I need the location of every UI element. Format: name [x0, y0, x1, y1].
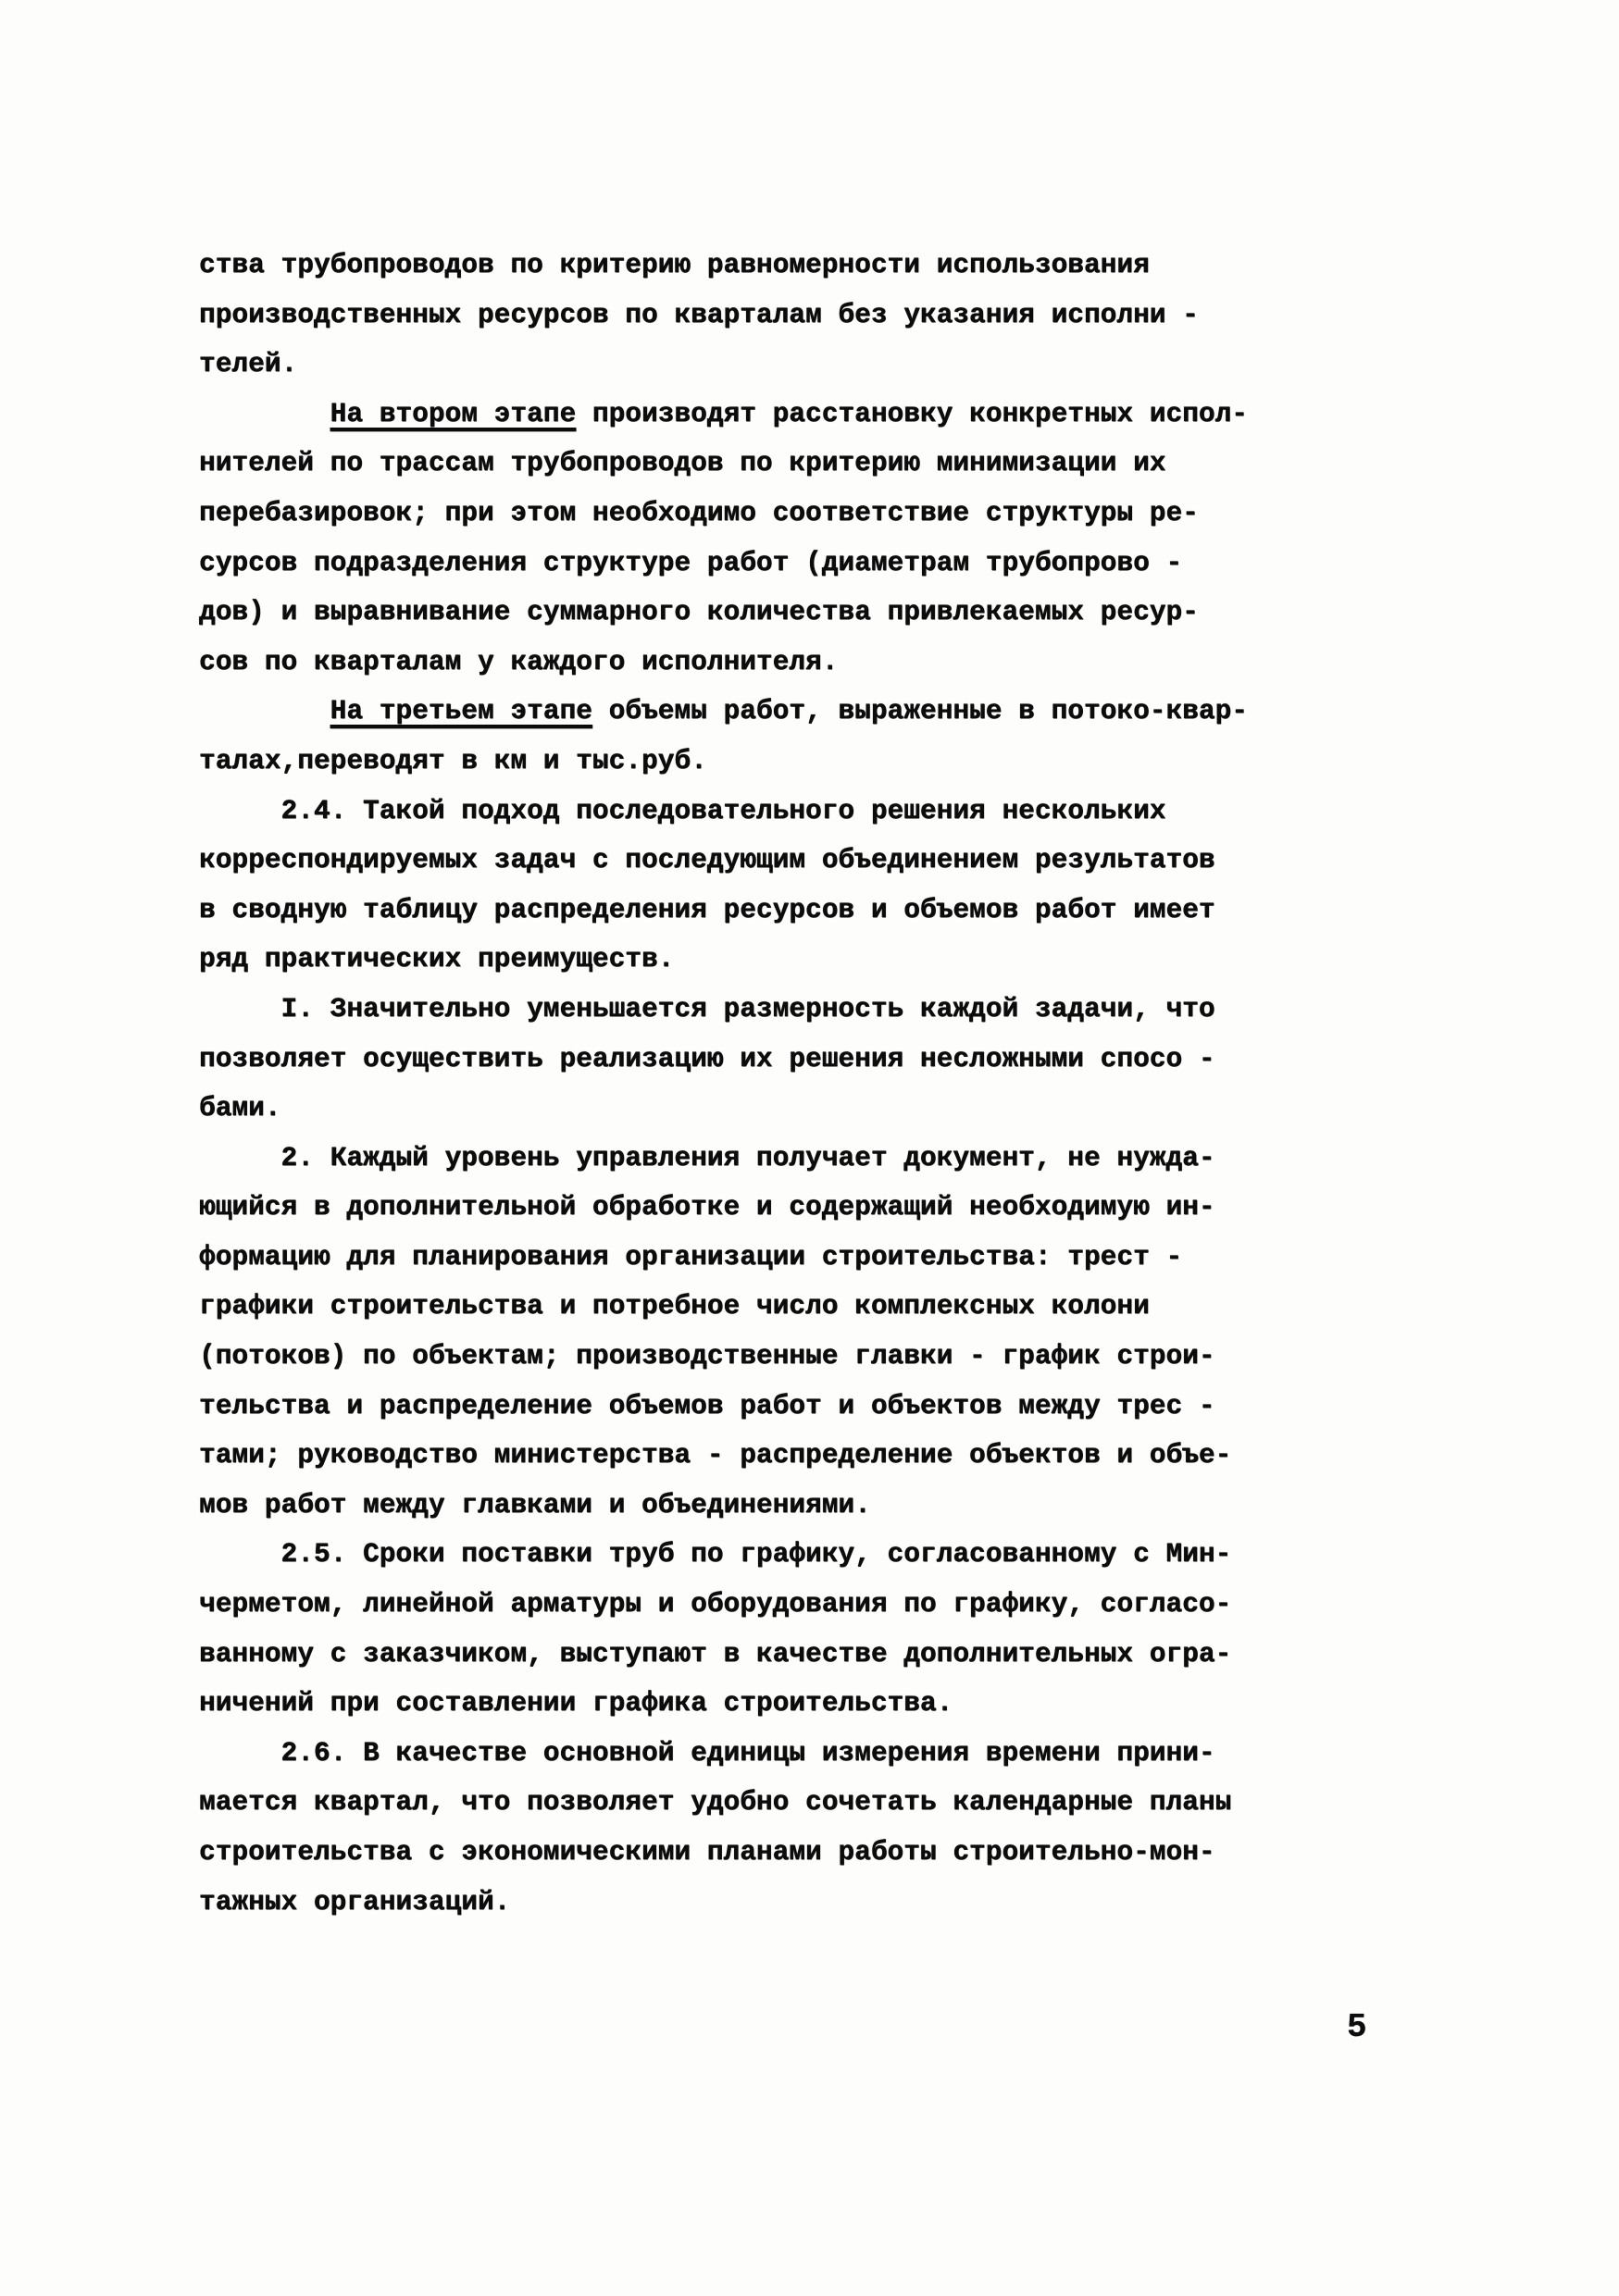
text-segment: нителей по трассам трубопроводов по крит…	[199, 447, 1165, 478]
text-segment: объемы работ, выраженные в потоко-квар-	[592, 695, 1248, 726]
text-line: талах,переводят в км и тыс.руб.	[199, 737, 1402, 787]
text-segment: производственных ресурсов по кварталам б…	[199, 299, 1199, 330]
text-segment: дов) и выравнивание суммарного количеств…	[199, 596, 1199, 627]
text-line: ства трубопроводов по критерию равномерн…	[199, 241, 1402, 291]
text-line: I. Значительно уменьшается размерность к…	[199, 985, 1402, 1035]
text-segment: в сводную таблицу распределения ресурсов…	[199, 894, 1215, 925]
text-segment	[199, 695, 330, 726]
text-line: дов) и выравнивание суммарного количеств…	[199, 588, 1402, 638]
text-segment: ства трубопроводов по критерию равномерн…	[199, 249, 1150, 280]
underlined-phrase: На втором этапе	[330, 398, 577, 429]
text-segment: I. Значительно уменьшается размерность к…	[199, 993, 1215, 1024]
text-line: мается квартал, что позволяет удобно соч…	[199, 1778, 1402, 1828]
text-segment	[199, 398, 330, 429]
text-segment: телей.	[199, 348, 297, 379]
text-line: 2. Каждый уровень управления получает до…	[199, 1134, 1402, 1184]
text-line: корреспондируемых задач с последующим об…	[199, 836, 1402, 886]
text-segment: 2. Каждый уровень управления получает до…	[199, 1142, 1215, 1173]
text-segment: тами; руководство министерства - распред…	[199, 1439, 1231, 1471]
text-segment: (потоков) по объектам; производственные …	[199, 1340, 1215, 1371]
text-segment: сурсов подразделения структуре работ (ди…	[199, 547, 1182, 578]
text-segment: мается квартал, что позволяет удобно соч…	[199, 1786, 1231, 1818]
text-line: тами; руководство министерства - распред…	[199, 1431, 1402, 1481]
text-segment: формацию для планирования организации ст…	[199, 1241, 1182, 1272]
text-line: позволяет осуществить реализацию их реше…	[199, 1035, 1402, 1085]
text-segment: строительства с экономическими планами р…	[199, 1836, 1215, 1868]
text-segment: тажных организаций.	[199, 1886, 510, 1917]
text-segment: перебазировок; при этом необходимо соотв…	[199, 497, 1199, 528]
text-line: строительства с экономическими планами р…	[199, 1828, 1402, 1878]
text-line: ющийся в дополнительной обработке и соде…	[199, 1183, 1402, 1233]
text-segment: графики строительства и потребное число …	[199, 1290, 1150, 1322]
text-segment: ряд практических преимуществ.	[199, 943, 674, 974]
text-segment: бами.	[199, 1092, 281, 1123]
text-line: перебазировок; при этом необходимо соотв…	[199, 489, 1402, 539]
text-line: графики строительства и потребное число …	[199, 1282, 1402, 1332]
text-line: На третьем этапе объемы работ, выраженны…	[199, 687, 1402, 737]
text-line: 2.6. В качестве основной единицы измерен…	[199, 1729, 1402, 1779]
text-segment: ничений при составлении графика строител…	[199, 1687, 953, 1719]
text-line: в сводную таблицу распределения ресурсов…	[199, 886, 1402, 936]
text-line: 2.5. Сроки поставки труб по графику, сог…	[199, 1530, 1402, 1580]
text-line: сурсов подразделения структуре работ (ди…	[199, 539, 1402, 589]
text-segment: производят расстановку конкретных испол-	[576, 398, 1248, 429]
underlined-phrase: На третьем этапе	[330, 695, 592, 726]
text-segment: сов по кварталам у каждого исполнителя.	[199, 646, 838, 677]
text-line: сов по кварталам у каждого исполнителя.	[199, 638, 1402, 688]
text-line: бами.	[199, 1084, 1402, 1134]
text-segment: ющийся в дополнительной обработке и соде…	[199, 1191, 1215, 1222]
text-line: На втором этапе производят расстановку к…	[199, 390, 1402, 440]
text-segment: талах,переводят в км и тыс.руб.	[199, 745, 707, 776]
text-segment: ванному с заказчиком, выступают в качест…	[199, 1638, 1231, 1669]
page-number: 5	[1347, 2008, 1367, 2046]
text-line: формацию для планирования организации ст…	[199, 1233, 1402, 1283]
text-segment: 2.6. В качестве основной единицы измерен…	[199, 1737, 1215, 1769]
text-line: производственных ресурсов по кварталам б…	[199, 291, 1402, 341]
text-segment: 2.5. Сроки поставки труб по графику, сог…	[199, 1538, 1231, 1570]
text-line: ванному с заказчиком, выступают в качест…	[199, 1630, 1402, 1680]
text-segment: мов работ между главками и объединениями…	[199, 1489, 871, 1520]
text-segment: 2.4. Такой подход последовательного реше…	[199, 795, 1165, 826]
text-line: нителей по трассам трубопроводов по крит…	[199, 439, 1402, 489]
text-line: ничений при составлении графика строител…	[199, 1679, 1402, 1729]
text-line: (потоков) по объектам; производственные …	[199, 1332, 1402, 1382]
text-segment: тельства и распределение объемов работ и…	[199, 1390, 1215, 1421]
document-text: ства трубопроводов по критерию равномерн…	[199, 241, 1402, 1927]
text-line: 2.4. Такой подход последовательного реше…	[199, 787, 1402, 837]
text-line: тажных организаций.	[199, 1878, 1402, 1928]
text-line: тельства и распределение объемов работ и…	[199, 1382, 1402, 1432]
text-line: ряд практических преимуществ.	[199, 935, 1402, 985]
text-line: черметом, линейной арматуры и оборудован…	[199, 1580, 1402, 1630]
text-line: мов работ между главками и объединениями…	[199, 1481, 1402, 1531]
text-segment: корреспондируемых задач с последующим об…	[199, 844, 1215, 875]
text-segment: позволяет осуществить реализацию их реше…	[199, 1043, 1215, 1074]
text-line: телей.	[199, 340, 1402, 390]
scanned-page: ства трубопроводов по критерию равномерн…	[0, 0, 1619, 2296]
text-segment: черметом, линейной арматуры и оборудован…	[199, 1588, 1231, 1620]
